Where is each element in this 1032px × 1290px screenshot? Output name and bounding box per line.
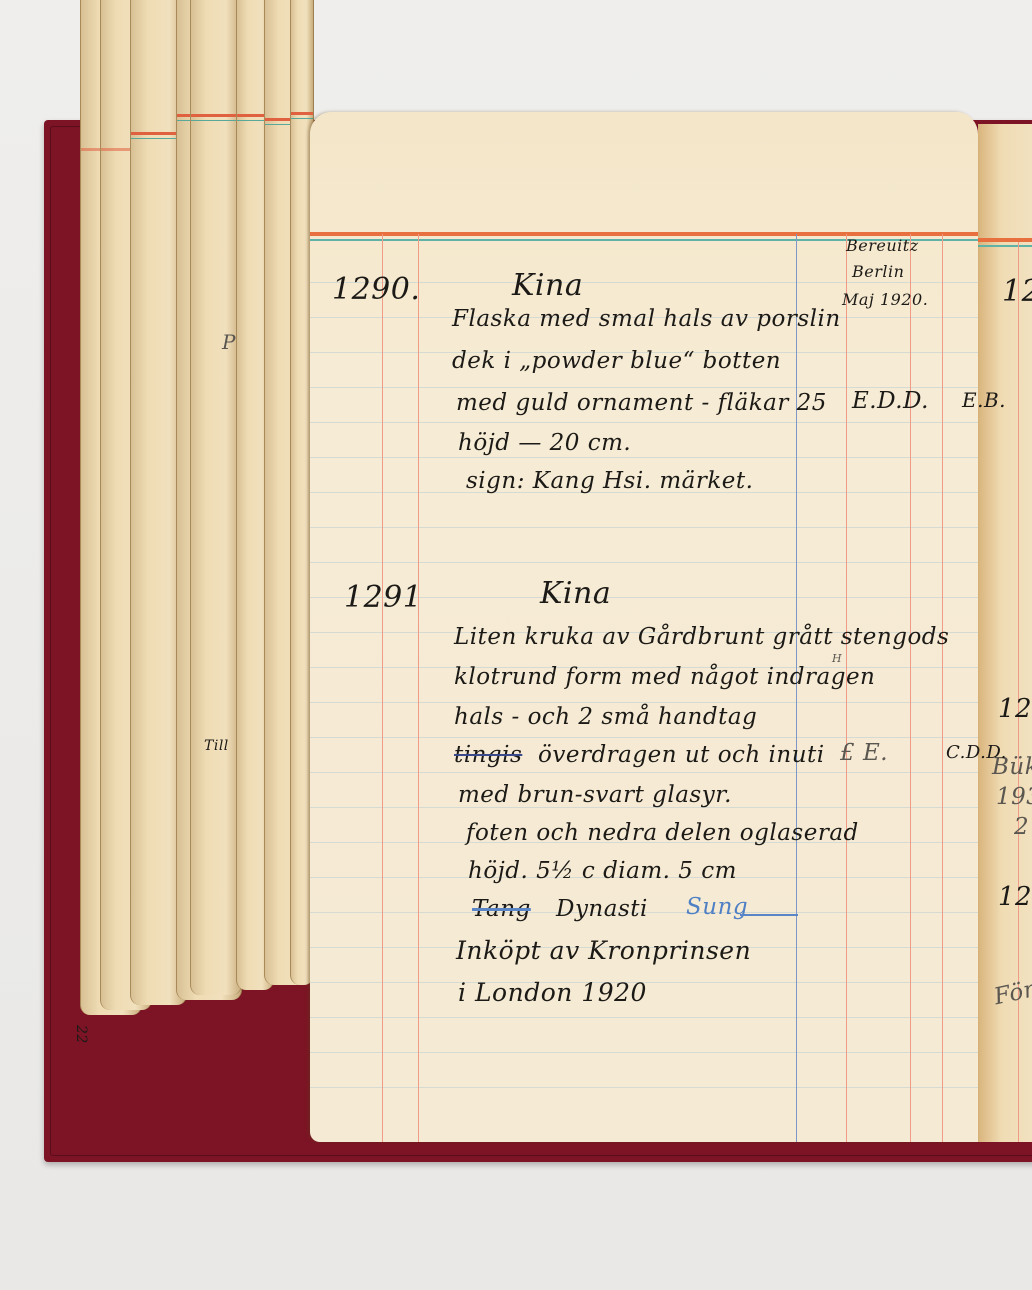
- column-b-value: E.B.: [962, 388, 1006, 412]
- source-line: Maj 1920.: [842, 290, 928, 309]
- entry-line: dek i „powder blue“ botten: [452, 348, 781, 374]
- facing-page-right: 12 129 Bük 193 2 129 Förs: [978, 124, 1032, 1142]
- entry-line: Inköpt av Kronprinsen: [456, 936, 751, 965]
- source-line: Berlin: [852, 262, 904, 281]
- margin-note: 2: [1014, 814, 1029, 840]
- margin-note: 22: [73, 1025, 89, 1044]
- entry-heading: Kina: [512, 268, 583, 303]
- margin-note: P: [222, 330, 236, 354]
- entry-line: Flaska med smal hals av porslin: [452, 306, 841, 332]
- entry-number: 12: [1002, 274, 1032, 309]
- entry-line: i London 1920: [458, 978, 647, 1007]
- column-b-value: C.D.D.: [946, 742, 1007, 763]
- margin-note: Till: [204, 738, 229, 754]
- entry-heading: Kina: [540, 576, 611, 611]
- margin-note: Förs: [992, 974, 1032, 1011]
- entry-line: med guld ornament - fläkar 25: [456, 390, 827, 416]
- struck-word: tingis: [454, 742, 522, 768]
- struck-word: Tang: [472, 896, 531, 922]
- entry-number: 1291: [344, 580, 422, 615]
- blue-correction-stroke: [740, 914, 798, 916]
- entry-line: hals - och 2 små handtag: [454, 704, 757, 730]
- entry-line: med brun-svart glasyr.: [458, 782, 732, 808]
- entry-line: foten och nedra delen oglaserad: [466, 820, 859, 846]
- entry-line: sign: Kang Hsi. märket.: [466, 468, 753, 494]
- entry-line: överdragen ut och inuti: [538, 742, 825, 768]
- column-a-value: £ E.: [840, 740, 888, 766]
- column-a-value: E.D.D.: [852, 388, 929, 414]
- entry-number: 129: [998, 694, 1032, 724]
- blue-correction: Sung: [686, 894, 748, 920]
- entry-line: Dynasti: [556, 896, 648, 922]
- entry-line: höjd — 20 cm.: [458, 430, 631, 456]
- entry-line: Liten kruka av Gårdbrunt grått stengods: [454, 624, 949, 650]
- margin-note: 193: [996, 784, 1032, 810]
- entry-line: klotrund form med något indragen: [454, 664, 875, 690]
- entry-line: höjd. 5½ c diam. 5 cm: [468, 858, 737, 884]
- entry-number: 1290.: [332, 272, 420, 307]
- entry-number: 129: [998, 882, 1032, 912]
- source-line: Bereuitz: [846, 236, 919, 255]
- page-leaf: [190, 0, 242, 995]
